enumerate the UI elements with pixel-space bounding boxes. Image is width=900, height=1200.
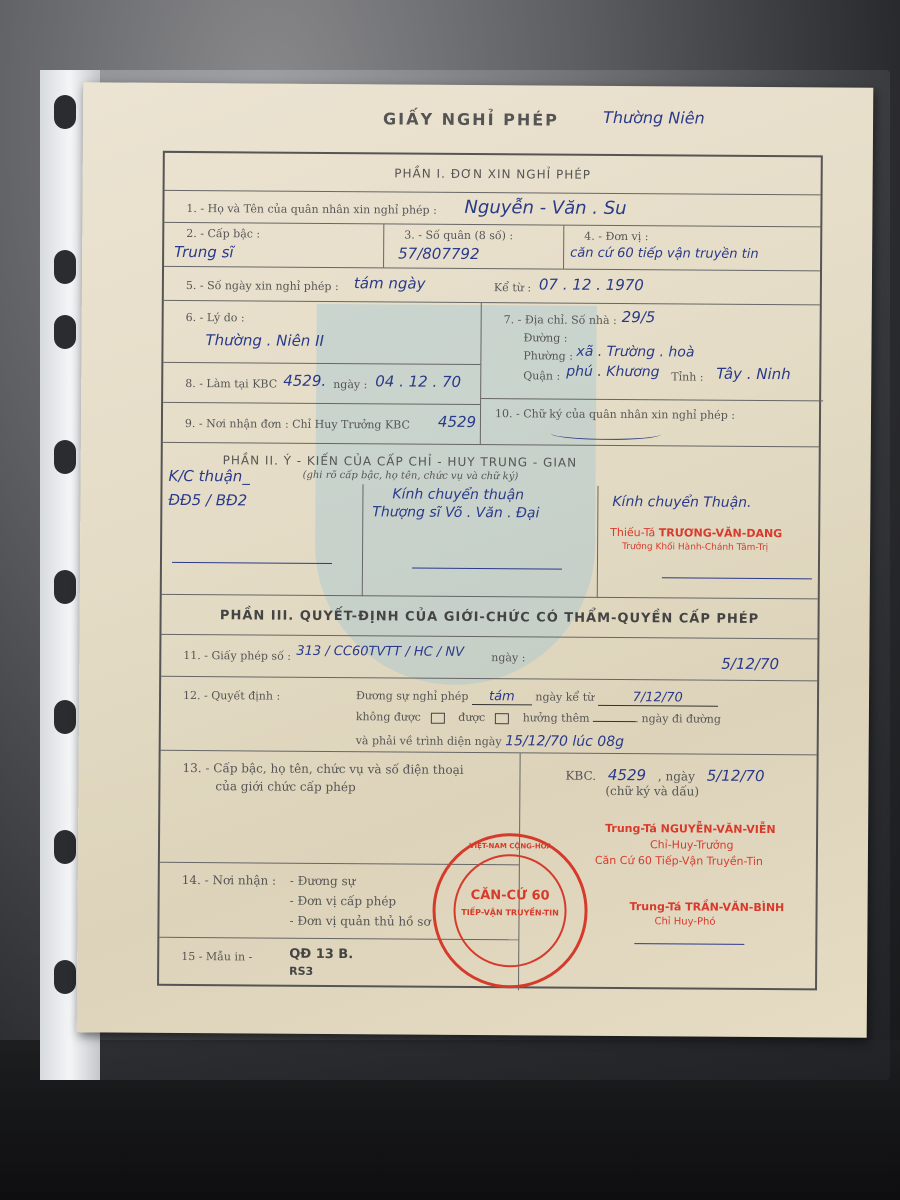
extra-text: hưởng thêm bbox=[523, 711, 590, 724]
field-10-label: 10. - Chữ ký của quân nhân xin nghỉ phép… bbox=[495, 407, 735, 422]
part2-subheading: (ghi rõ cấp bậc, họ tên, chức vụ và chữ … bbox=[303, 470, 519, 483]
field-12-row: 12. - Quyết định : Đương sự nghỉ phép tá… bbox=[161, 677, 818, 756]
field-3-cell: 3. - Số quân (8 số) : 57/807792 bbox=[384, 224, 564, 268]
punch-hole bbox=[54, 250, 76, 284]
document-title: GIẤY NGHỈ PHÉP bbox=[383, 109, 559, 129]
field-13-label-line2: của giới chức cấp phép bbox=[215, 779, 355, 794]
stamp-name: TRƯƠNG-VĂN-DANG bbox=[659, 526, 783, 540]
allowed-checkbox[interactable] bbox=[495, 713, 509, 724]
part2-heading: PHẦN II. Ý - KIẾN CỦA CẤP CHỈ - HUY TRUN… bbox=[223, 453, 578, 469]
deputy-signature bbox=[634, 924, 744, 945]
part3-heading-row: PHẦN III. QUYẾT-ĐỊNH CỦA GIỚI-CHỨC CÓ TH… bbox=[161, 595, 817, 640]
field-12-line-1: Đương sự nghỉ phép tám ngày kể từ 7/12/7… bbox=[356, 688, 718, 707]
field-3-service-number: 57/807792 bbox=[398, 244, 480, 263]
kbc-label: KBC. bbox=[565, 769, 596, 783]
field-4-label: 4. - Đơn vị : bbox=[584, 230, 648, 243]
official-seal: VIỆT-NAM CỘNG-HÒA CĂN-CỨ 60 TIẾP-VẬN TRU… bbox=[432, 833, 588, 989]
part3-heading: PHẦN III. QUYẾT-ĐỊNH CỦA GIỚI-CHỨC CÓ TH… bbox=[162, 595, 818, 628]
applicant-signature bbox=[551, 428, 661, 441]
leave-from-date: 7/12/70 bbox=[598, 690, 718, 707]
punch-hole bbox=[54, 830, 76, 864]
field-4-cell: 4. - Đơn vị : căn cứ 60 tiếp vận truyền … bbox=[564, 226, 824, 271]
field-1-row: 1. - Họ và Tên của quân nhân xin nghỉ ph… bbox=[164, 191, 820, 228]
fields-6-10-block: 6. - Lý do : Thường . Niên II 8. - Làm t… bbox=[163, 301, 820, 448]
field-7-ward-value: xã . Trường . hoà bbox=[576, 344, 694, 361]
commander-stamp-line1: Trung-Tá NGUYỄN-VĂN-VIỄN bbox=[605, 822, 776, 836]
leave-days-value: tám bbox=[472, 689, 532, 705]
part1-heading: PHẦN I. ĐƠN XIN NGHỈ PHÉP bbox=[165, 153, 821, 184]
commander-2-note: Kính chuyển thuận bbox=[392, 486, 524, 503]
field-5-from-label: Kể từ : bbox=[494, 281, 531, 294]
divider bbox=[362, 484, 364, 596]
commander-1-signature bbox=[172, 543, 332, 564]
punch-hole bbox=[54, 700, 76, 734]
leave-permit-document: GIẤY NGHỈ PHÉP Thường Niên PHẦN I. ĐƠN X… bbox=[77, 82, 874, 1037]
kbc-value: 4529 bbox=[608, 766, 646, 784]
field-7-district-value: phú . Khương bbox=[566, 364, 659, 381]
field-1-label: 1. - Họ và Tên của quân nhân xin nghỉ ph… bbox=[186, 202, 436, 217]
field-12-line-2: không được được hưởng thêm ngày đi đường bbox=[356, 710, 721, 726]
recipient-item: - Đơn vị cấp phép bbox=[290, 894, 397, 909]
right-column: 7. - Địa chỉ. Số nhà : 29/5 Đường : Phườ… bbox=[481, 303, 824, 446]
field-7-province-value: Tây . Ninh bbox=[716, 365, 790, 384]
field-13-label-line1: 13. - Cấp bậc, họ tên, chức vụ và số điệ… bbox=[182, 761, 463, 777]
sign-and-seal-label: (chữ ký và dấu) bbox=[605, 784, 699, 799]
recipient-item: - Đơn vị quản thủ hồ sơ bbox=[289, 914, 430, 929]
field-14-label: 14. - Nơi nhận : bbox=[182, 873, 276, 888]
form-code: QĐ 13 B. bbox=[289, 947, 353, 962]
not-allowed-text: không được bbox=[356, 710, 421, 723]
field-5-label: 5. - Số ngày xin nghỉ phép : bbox=[186, 279, 339, 293]
allowed-text: được bbox=[458, 711, 485, 724]
commander-2-name: Thượng sĩ Võ . Văn . Đại bbox=[372, 504, 539, 521]
field-8-date-label: ngày : bbox=[333, 378, 367, 391]
field-11-date-label: ngày : bbox=[491, 651, 525, 664]
field-4-unit-value: căn cứ 60 tiếp vận truyền tin bbox=[570, 246, 759, 262]
kbc-date-label: , ngày bbox=[658, 769, 695, 783]
field-9-kbc-value: 4529 bbox=[438, 413, 476, 431]
field-2-label: 2. - Cấp bậc : bbox=[186, 227, 260, 241]
recipient-item: - Đương sự bbox=[290, 874, 356, 888]
report-label: và phải về trình diện ngày bbox=[356, 734, 502, 748]
punch-hole bbox=[54, 95, 76, 129]
commander-3-signature bbox=[662, 570, 812, 579]
kbc-date-value: 5/12/70 bbox=[707, 767, 765, 785]
field-12-line-3: và phải về trình diện ngày 15/12/70 lúc … bbox=[356, 732, 624, 750]
field-15-label: 15 - Mẫu in - bbox=[181, 950, 252, 963]
field-9-cell: 9. - Nơi nhận đơn : Chỉ Huy Trưởng KBC 4… bbox=[163, 403, 480, 445]
field-5-row: 5. - Số ngày xin nghỉ phép : tám ngày Kể… bbox=[164, 267, 820, 306]
field-10-cell: 10. - Chữ ký của quân nhân xin nghỉ phép… bbox=[481, 399, 823, 447]
field-8-kbc-value: 4529. bbox=[283, 372, 326, 390]
field-1-name-value: Nguyễn - Văn . Su bbox=[464, 197, 626, 219]
field-7-ward-label: Phường : bbox=[523, 349, 573, 362]
field-11-date-value: 5/12/70 bbox=[721, 655, 779, 673]
commander-3-note: Kính chuyển Thuận. bbox=[612, 494, 751, 511]
punch-hole bbox=[54, 315, 76, 349]
commander-1-note: K/C thuận_ bbox=[169, 467, 250, 486]
field-5-from-date: 07 . 12 . 1970 bbox=[539, 275, 644, 294]
commander-stamp-line3: Căn Cứ 60 Tiếp-Vận Truyền-Tin bbox=[595, 854, 763, 868]
field-8-date-value: 04 . 12 . 70 bbox=[375, 372, 461, 391]
divider bbox=[597, 486, 599, 598]
seal-center-line1: CĂN-CỨ 60 bbox=[436, 888, 585, 904]
report-date-value: 15/12/70 lúc 08g bbox=[505, 733, 624, 750]
punch-hole bbox=[54, 570, 76, 604]
left-column: 6. - Lý do : Thường . Niên II 8. - Làm t… bbox=[163, 301, 482, 444]
commander-1-unit: ĐĐ5 / BĐ2 bbox=[168, 491, 247, 510]
not-allowed-checkbox[interactable] bbox=[431, 712, 445, 723]
field-11-permit-number: 313 / CC60TVTT / HC / NV bbox=[296, 644, 464, 660]
seal-center-line2: TIẾP-VẬN TRUYỀN-TIN bbox=[436, 908, 585, 918]
field-2-cell: 2. - Cấp bậc : Trung sĩ bbox=[164, 223, 384, 268]
field-12-label: 12. - Quyết định : bbox=[183, 689, 280, 703]
field-7-cell: 7. - Địa chỉ. Số nhà : 29/5 Đường : Phườ… bbox=[481, 303, 824, 401]
field-7-district-label: Quận : bbox=[523, 369, 560, 382]
field-6-label: 6. - Lý do : bbox=[186, 311, 245, 324]
part1-heading-row: PHẦN I. ĐƠN XIN NGHỈ PHÉP bbox=[165, 153, 821, 196]
from-text: ngày kể từ bbox=[535, 690, 594, 703]
field-2-rank-value: Trung sĩ bbox=[174, 243, 234, 261]
extra-days-blank bbox=[593, 721, 638, 722]
kbc-line: KBC. 4529 , ngày 5/12/70 bbox=[565, 766, 764, 785]
commander-3-stamp-title: Trưởng Khối Hành-Chánh Tâm-Trị bbox=[622, 542, 768, 553]
field-7-street-label: Đường : bbox=[524, 331, 568, 344]
form-code-sub: RS3 bbox=[289, 965, 313, 978]
field-7-house-number: 29/5 bbox=[622, 308, 656, 326]
field-7-label: 7. - Địa chỉ. Số nhà : bbox=[504, 313, 617, 327]
field-8-cell: 8. - Làm tại KBC 4529. ngày : 04 . 12 . … bbox=[163, 363, 480, 405]
field-7-province-label: Tỉnh : bbox=[671, 370, 703, 383]
field-8-label: 8. - Làm tại KBC bbox=[185, 377, 277, 391]
field-11-label: 11. - Giấy phép số : bbox=[183, 649, 291, 663]
punch-hole bbox=[54, 960, 76, 994]
deputy-stamp-line1: Trung-Tá TRẦN-VĂN-BÌNH bbox=[630, 900, 785, 914]
leave-text: Đương sự nghỉ phép bbox=[356, 689, 468, 703]
travel-days-text: ngày đi đường bbox=[642, 712, 721, 726]
field-3-label: 3. - Số quân (8 số) : bbox=[404, 228, 513, 242]
commander-2-signature bbox=[412, 555, 562, 570]
punch-hole bbox=[54, 440, 76, 474]
field-6-cell: 6. - Lý do : Thường . Niên II bbox=[163, 301, 480, 365]
field-6-reason-value: Thường . Niên II bbox=[205, 331, 324, 350]
part2-block: PHẦN II. Ý - KIẾN CỦA CẤP CHỈ - HUY TRUN… bbox=[162, 443, 819, 600]
stamp-rank: Thiếu-Tá bbox=[610, 526, 655, 539]
fields-2-4-row: 2. - Cấp bậc : Trung sĩ 3. - Số quân (8 … bbox=[164, 223, 820, 272]
commander-stamp-line2: Chỉ-Huy-Trưởng bbox=[650, 838, 734, 852]
field-9-label: 9. - Nơi nhận đơn : Chỉ Huy Trưởng KBC bbox=[185, 417, 410, 432]
seal-outer-text: VIỆT-NAM CỘNG-HÒA bbox=[436, 842, 585, 851]
title-handwritten-note: Thường Niên bbox=[603, 108, 705, 128]
field-5-days-value: tám ngày bbox=[354, 274, 426, 292]
field-11-row: 11. - Giấy phép số : 313 / CC60TVTT / HC… bbox=[161, 635, 817, 682]
commander-3-stamp-name: Thiếu-Tá TRƯƠNG-VĂN-DANG bbox=[610, 526, 782, 540]
